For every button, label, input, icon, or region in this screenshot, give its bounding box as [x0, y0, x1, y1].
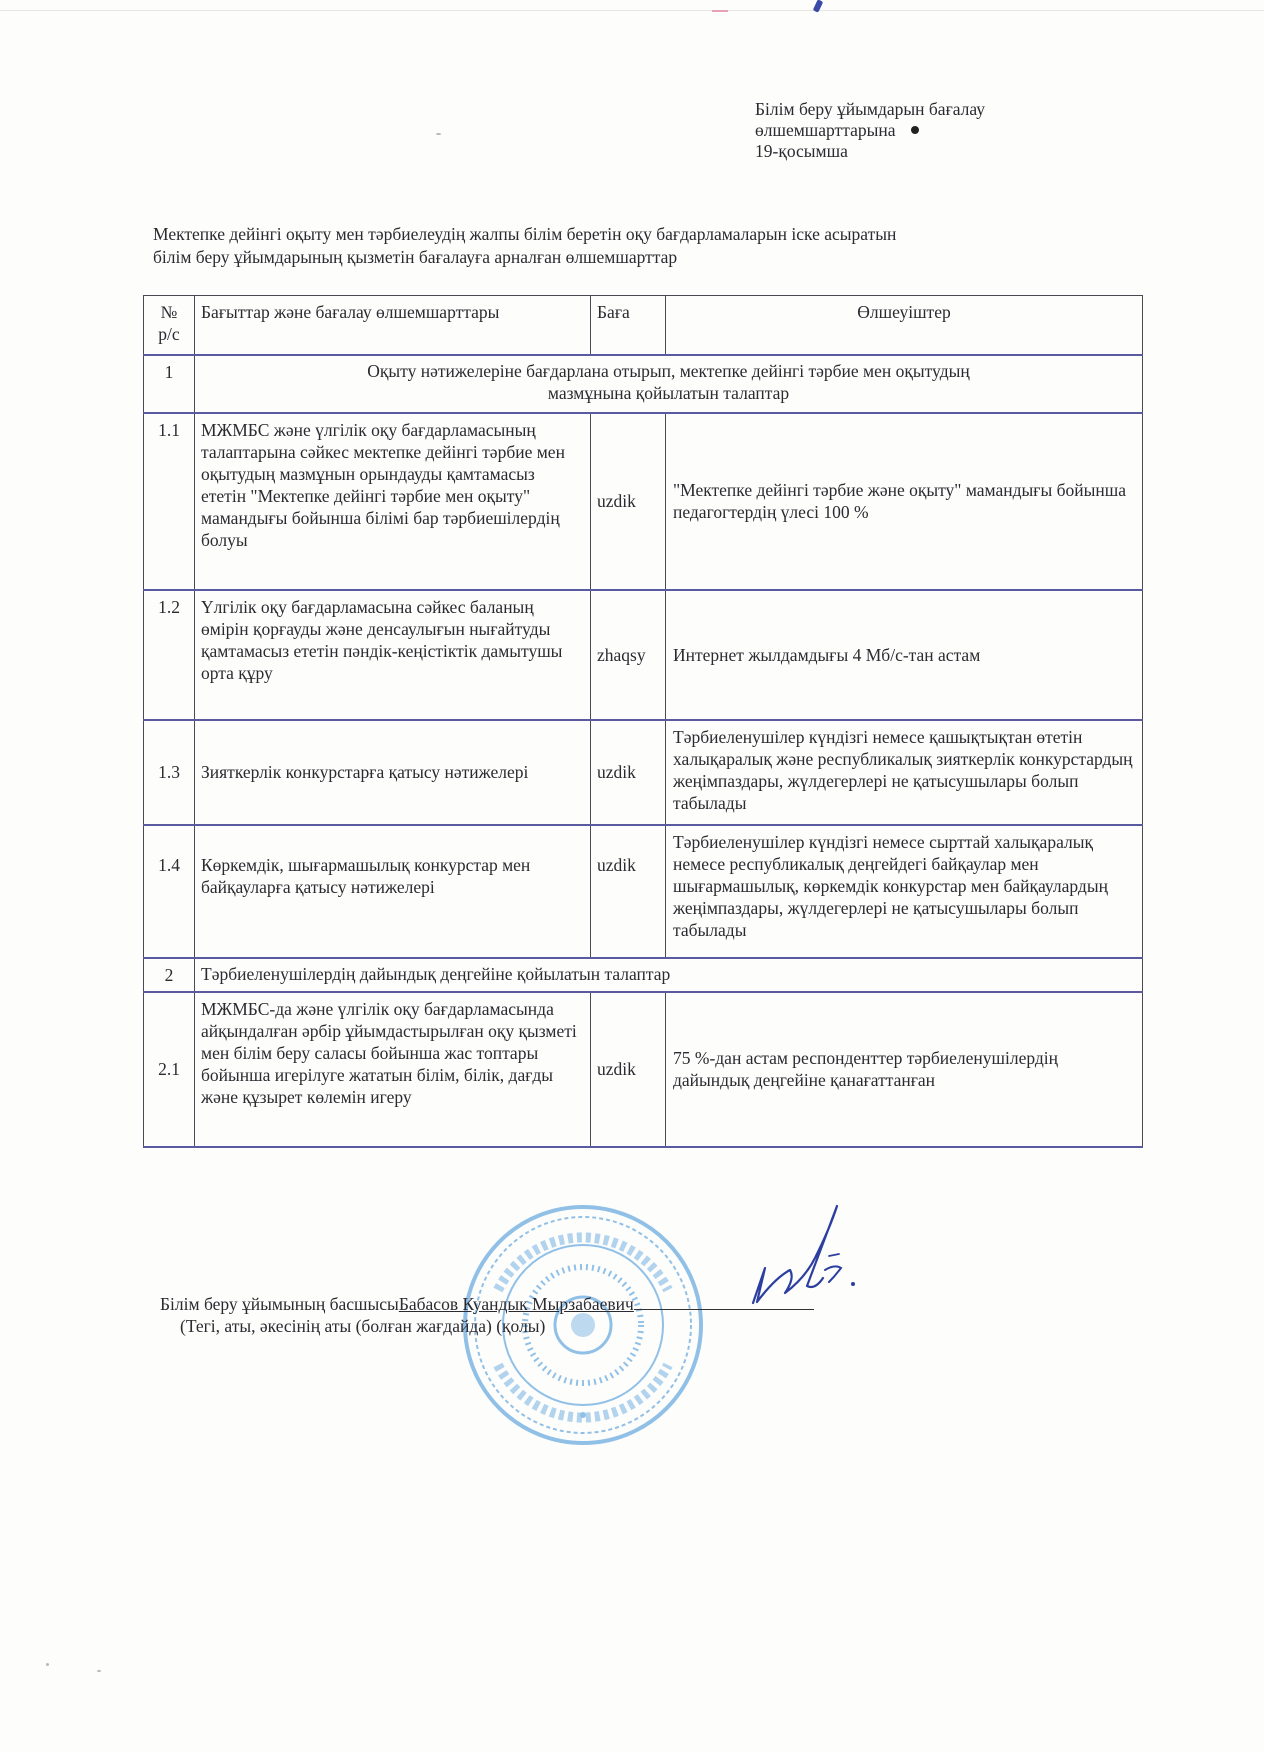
section-number: 2 [144, 958, 195, 992]
table-row: 2.1 МЖМБС-да және үлгілік оқу бағдарлама… [144, 992, 1143, 1147]
document-title-line-2: білім беру ұйымдарының қызметін бағалауғ… [153, 246, 1093, 269]
row-number: 1.4 [144, 825, 195, 958]
row-number: 1.1 [144, 413, 195, 590]
annex-line-3: 19-қосымша [755, 141, 985, 162]
section-number: 1 [144, 355, 195, 413]
signature-caption: (Тегі, аты, әкесінің аты (болған жағдайд… [180, 1316, 545, 1337]
header-grade: Баға [591, 296, 666, 355]
row-measure: Тәрбиеленушілер күндізгі немесе қашықтық… [666, 720, 1143, 825]
row-criteria: МЖМБС-да және үлгілік оқу бағдарламасынд… [195, 992, 591, 1147]
scan-mark [712, 10, 728, 12]
table-row: 1.4 Көркемдік, шығармашылық конкурстар м… [144, 825, 1143, 958]
annex-reference: Білім беру ұйымдарын бағалау өлшемшартта… [755, 99, 985, 162]
annex-line-2: өлшемшарттарына [755, 120, 985, 141]
header-number-abbr: р/с [146, 323, 192, 345]
row-criteria: Көркемдік, шығармашылық конкурстар мен б… [195, 825, 591, 958]
header-number-symbol: № [146, 301, 192, 323]
ink-blot [911, 126, 919, 134]
row-number: 1.2 [144, 590, 195, 720]
criteria-table: № р/с Бағыттар және бағалау өлшемшарттар… [143, 295, 1143, 1148]
signature-blank [634, 1293, 814, 1310]
row-measure: 75 %-дан астам респонденттер тәрбиеленуш… [666, 992, 1143, 1147]
signature-icon [745, 1198, 885, 1308]
header-measures: Өлшеуіштер [666, 296, 1143, 355]
section-row: 2 Тәрбиеленушілердің дайындық деңгейіне … [144, 958, 1143, 992]
signatory-name: Бабасов Куандык Мырзабаевич [399, 1294, 634, 1314]
table-row: 1.1 МЖМБС және үлгілік оқу бағдарламасын… [144, 413, 1143, 590]
signature-line: Білім беру ұйымының басшысыБабасов Куанд… [160, 1293, 814, 1315]
document-title-line-1: Мектепке дейінгі оқыту мен тәрбиелеудің … [153, 223, 1093, 246]
section-title: Тәрбиеленушілердің дайындық деңгейіне қо… [195, 958, 1143, 992]
section-title-line-2: мазмұнына қойылатын талаптар [201, 382, 1136, 404]
row-criteria: Зияткерлік конкурстарға қатысу нәтижелер… [195, 720, 591, 825]
row-criteria: МЖМБС және үлгілік оқу бағдарламасының т… [195, 413, 591, 590]
scan-speck [436, 133, 441, 135]
row-grade: uzdik [591, 992, 666, 1147]
header-number: № р/с [144, 296, 195, 355]
row-grade: uzdik [591, 825, 666, 958]
scan-edge-line [0, 10, 1264, 11]
table-row: 1.2 Үлгілік оқу бағдарламасына сәйкес ба… [144, 590, 1143, 720]
row-grade: uzdik [591, 413, 666, 590]
table-header-row: № р/с Бағыттар және бағалау өлшемшарттар… [144, 296, 1143, 355]
row-number: 2.1 [144, 992, 195, 1147]
section-row: 1 Оқыту нәтижелеріне бағдарлана отырып, … [144, 355, 1143, 413]
document-title: Мектепке дейінгі оқыту мен тәрбиелеудің … [153, 223, 1093, 269]
header-criteria: Бағыттар және бағалау өлшемшарттары [195, 296, 591, 355]
table-row: 1.3 Зияткерлік конкурстарға қатысу нәтиж… [144, 720, 1143, 825]
row-measure: Интернет жылдамдығы 4 Мб/с-тан астам [666, 590, 1143, 720]
section-title-line-1: Оқыту нәтижелеріне бағдарлана отырып, ме… [201, 360, 1136, 382]
row-measure: Тәрбиеленушілер күндізгі немесе сырттай … [666, 825, 1143, 958]
row-criteria: Үлгілік оқу бағдарламасына сәйкес баланы… [195, 590, 591, 720]
annex-line-1: Білім беру ұйымдарын бағалау [755, 99, 985, 120]
row-grade: uzdik [591, 720, 666, 825]
section-title: Оқыту нәтижелеріне бағдарлана отырып, ме… [195, 355, 1143, 413]
row-measure: "Мектепке дейінгі тәрбие және оқыту" мам… [666, 413, 1143, 590]
signatory-role: Білім беру ұйымының басшысы [160, 1294, 399, 1314]
row-number: 1.3 [144, 720, 195, 825]
scan-speck [46, 1663, 49, 1666]
row-grade: zhaqsy [591, 590, 666, 720]
scan-speck [97, 1670, 101, 1672]
